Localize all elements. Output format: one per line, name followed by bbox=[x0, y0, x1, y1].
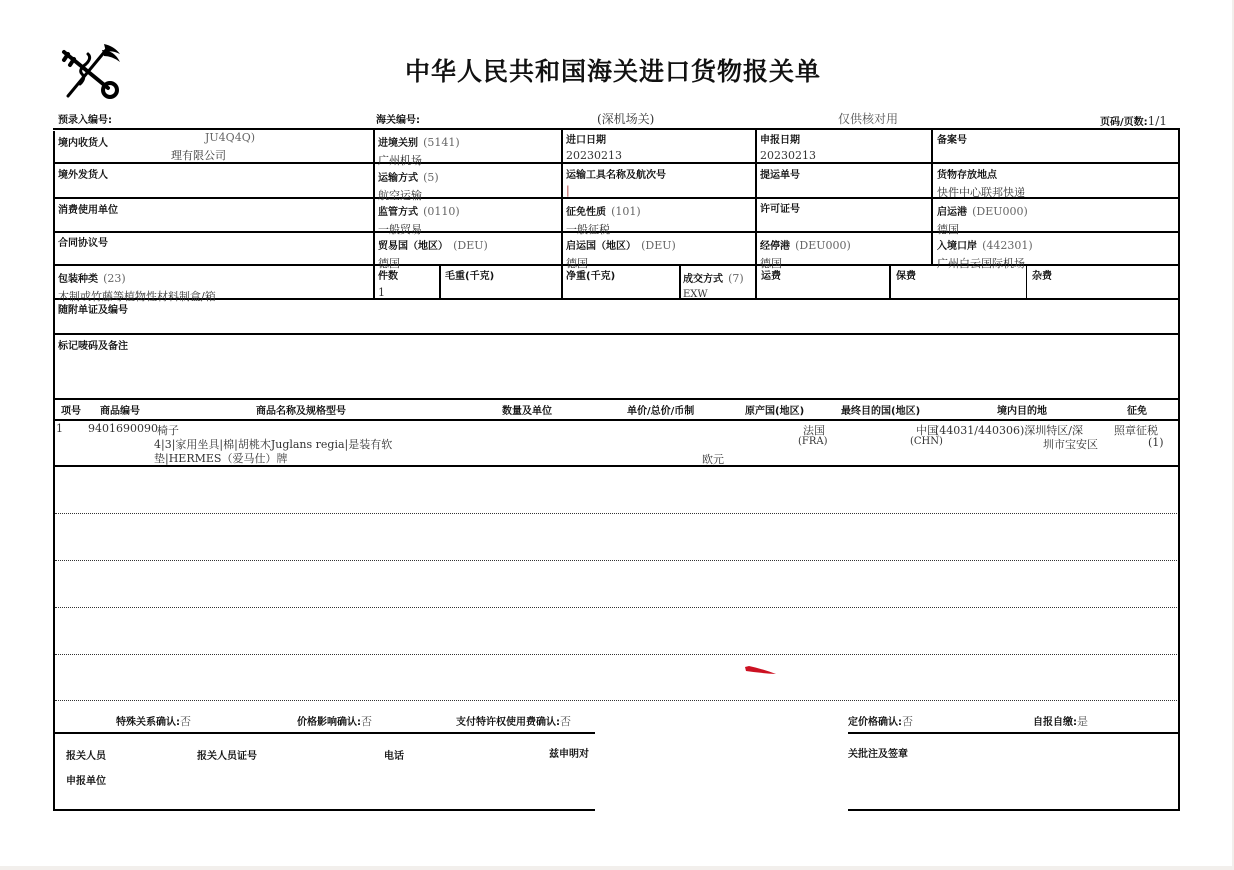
vehicle-label: 运输工具名称及航次号 bbox=[566, 166, 666, 181]
document-title: 中华人民共和国海关进口货物报关单 bbox=[405, 52, 821, 88]
item-no: 1 bbox=[56, 422, 63, 435]
verify-note: 仅供核对用 bbox=[838, 110, 898, 127]
entry-customs-code: (5141) bbox=[423, 136, 460, 149]
package-type-code: (23) bbox=[103, 272, 126, 285]
contract-no-label: 合同协议号 bbox=[58, 234, 108, 249]
levy-nature-cell: 征免性质 (101) 一般征税 bbox=[566, 200, 641, 237]
pieces-cell: 件数 1 bbox=[378, 267, 398, 299]
price-impact-label: 价格影响确认: bbox=[297, 717, 361, 728]
bill-no-cell: 提运单号 bbox=[760, 166, 800, 181]
entry-port-cell: 入境口岸 (442301) 广州白云国际机场 bbox=[937, 234, 1033, 271]
shipper-label: 境外发货人 bbox=[58, 166, 108, 181]
supervision-mode-label: 监管方式 bbox=[378, 207, 418, 218]
transaction-mode-code: (7) bbox=[728, 272, 744, 285]
departure-port-code: (DEU000) bbox=[972, 205, 1028, 218]
self-pay-label: 自报自缴: bbox=[1033, 717, 1077, 728]
special-relation-value: 否 bbox=[180, 715, 191, 728]
shipper-cell: 境外发货人 bbox=[58, 166, 108, 181]
storage-place-value: 快件中心联邦快递 bbox=[937, 184, 1025, 200]
declare-date-cell: 申报日期 20230213 bbox=[760, 131, 816, 162]
gross-weight-label: 毛重(千克) bbox=[445, 267, 494, 282]
origin-country-label: 启运国（地区） bbox=[566, 241, 636, 252]
trade-country-cell: 贸易国（地区） (DEU) 德国 bbox=[378, 234, 488, 271]
row-separator bbox=[55, 513, 1177, 514]
customs-approval-label: 关批注及签章 bbox=[848, 745, 908, 760]
row-separator bbox=[55, 607, 1177, 608]
preentry-no-label: 预录入编号: bbox=[58, 111, 112, 126]
departure-port-label: 启运港 bbox=[937, 207, 967, 218]
gross-weight-cell: 毛重(千克) bbox=[445, 267, 494, 282]
royalty-label: 支付特许权使用费确认: bbox=[456, 717, 560, 728]
freight-label: 运费 bbox=[761, 267, 781, 282]
customs-office: (深机场关) bbox=[597, 110, 654, 127]
supervision-mode-cell: 监管方式 (0110) 一般贸易 bbox=[378, 200, 460, 237]
import-date-label: 进口日期 bbox=[566, 131, 622, 146]
goods-spec-line2: 垫|HERMES（爱马仕）牌 bbox=[154, 450, 287, 466]
transit-port-code: (DEU000) bbox=[795, 239, 851, 252]
currency: 欧元 bbox=[702, 451, 724, 467]
hs-code: 9401690090 bbox=[88, 422, 158, 435]
vehicle-value: | bbox=[566, 184, 666, 197]
col-quantity-unit: 数量及单位 bbox=[502, 402, 552, 417]
origin-code: (FRA) bbox=[798, 436, 828, 447]
insurance-cell: 保费 bbox=[896, 267, 916, 282]
import-date-value: 20230213 bbox=[566, 149, 622, 162]
levy-nature-label: 征免性质 bbox=[566, 207, 606, 218]
row-separator bbox=[55, 560, 1177, 561]
self-pay-confirm: 自报自缴:是 bbox=[1033, 710, 1088, 729]
customs-no-label: 海关编号: bbox=[376, 111, 420, 126]
customs-emblem-icon bbox=[58, 40, 126, 102]
consignee-code: JU4Q4Q) bbox=[205, 131, 255, 144]
insurance-label: 保费 bbox=[896, 267, 916, 282]
misc-fee-label: 杂费 bbox=[1032, 267, 1052, 282]
transport-mode-cell: 运输方式 (5) 航空运输 bbox=[378, 166, 439, 203]
transaction-mode-label: 成交方式 bbox=[683, 274, 723, 285]
record-no-label: 备案号 bbox=[937, 131, 967, 146]
phone-label: 电话 bbox=[384, 747, 404, 762]
departure-port-cell: 启运港 (DEU000) 德国 bbox=[937, 200, 1028, 237]
consumer-unit-label: 消费使用单位 bbox=[58, 201, 118, 216]
row-separator bbox=[55, 654, 1177, 655]
entry-customs-cell: 进境关别 (5141) 广州机场 bbox=[378, 131, 460, 168]
entry-port-code: (442301) bbox=[982, 239, 1033, 252]
misc-fee-cell: 杂费 bbox=[1032, 267, 1052, 282]
col-name-spec: 商品名称及规格型号 bbox=[256, 402, 346, 417]
record-no-cell: 备案号 bbox=[937, 131, 967, 146]
domestic-dest-line2: 圳市宝安区 bbox=[1043, 436, 1098, 452]
transit-port-label: 经停港 bbox=[760, 241, 790, 252]
col-dest-country: 最终目的国(地区) bbox=[841, 402, 920, 417]
pieces-value: 1 bbox=[378, 286, 398, 299]
levy-nature-code: (101) bbox=[611, 205, 641, 218]
transit-port-cell: 经停港 (DEU000) 德国 bbox=[760, 234, 851, 271]
storage-place-label: 货物存放地点 bbox=[937, 166, 1025, 181]
package-type-cell: 包装种类 (23) 木制或竹藤等植物性材料制盒/箱 bbox=[58, 267, 216, 304]
bill-no-label: 提运单号 bbox=[760, 166, 800, 181]
attached-docs-label: 随附单证及编号 bbox=[58, 301, 128, 316]
vehicle-cell: 运输工具名称及航次号 | bbox=[566, 166, 666, 197]
consignee-value: 理有限公司 bbox=[171, 147, 226, 163]
contract-no-cell: 合同协议号 bbox=[58, 234, 108, 249]
special-relation-label: 特殊关系确认: bbox=[116, 717, 180, 728]
col-hs-code: 商品编号 bbox=[100, 402, 140, 417]
attached-docs-cell: 随附单证及编号 bbox=[58, 301, 128, 316]
col-price-currency: 单价/总价/币制 bbox=[627, 402, 694, 417]
consignee-label: 境内收货人 bbox=[58, 138, 108, 149]
royalty-value: 否 bbox=[560, 715, 571, 728]
royalty-confirm: 支付特许权使用费确认:否 bbox=[456, 710, 571, 729]
provisional-price-confirm: 定价格确认:否 bbox=[848, 710, 913, 729]
transport-mode-label: 运输方式 bbox=[378, 173, 418, 184]
declarant-cert-label: 报关人员证号 bbox=[197, 747, 257, 762]
customs-declaration-page: 中华人民共和国海关进口货物报关单 预录入编号: 海关编号: (深机场关) 仅供核… bbox=[0, 0, 1232, 866]
declare-unit-label: 申报单位 bbox=[66, 772, 106, 787]
declare-date-label: 申报日期 bbox=[760, 131, 816, 146]
entry-customs-label: 进境关别 bbox=[378, 138, 418, 149]
price-impact-value: 否 bbox=[361, 715, 372, 728]
trade-country-code: (DEU) bbox=[453, 239, 488, 252]
red-stamp-fragment bbox=[745, 661, 777, 671]
price-impact-confirm: 价格影响确认:否 bbox=[297, 710, 372, 729]
declarant-label: 报关人员 bbox=[66, 747, 106, 762]
provisional-price-value: 否 bbox=[902, 715, 913, 728]
entry-port-value: 广州白云国际机场 bbox=[937, 255, 1033, 271]
transaction-mode-cell: 成交方式 (7) EXW bbox=[683, 267, 744, 300]
special-relation-confirm: 特殊关系确认:否 bbox=[116, 710, 191, 729]
license-no-label: 许可证号 bbox=[760, 200, 800, 215]
license-no-cell: 许可证号 bbox=[760, 200, 800, 215]
levy-line2: (1) bbox=[1148, 436, 1164, 449]
page-number: 页码/页数:1/1 bbox=[1100, 110, 1167, 129]
declaration-statement: 兹申明对 bbox=[549, 745, 589, 760]
pieces-label: 件数 bbox=[378, 267, 398, 282]
redaction-mask bbox=[595, 701, 848, 814]
origin-country-cell: 启运国（地区） (DEU) 德国 bbox=[566, 234, 676, 271]
col-origin-country: 原产国(地区) bbox=[745, 402, 804, 417]
page-label: 页码/页数: bbox=[1100, 117, 1148, 128]
col-domestic-dest: 境内目的地 bbox=[997, 402, 1047, 417]
trade-country-label: 贸易国（地区） bbox=[378, 241, 448, 252]
entry-port-label: 入境口岸 bbox=[937, 241, 977, 252]
net-weight-label: 净重(千克) bbox=[566, 267, 615, 282]
origin-country-code: (DEU) bbox=[641, 239, 676, 252]
supervision-mode-code: (0110) bbox=[423, 205, 460, 218]
freight-cell: 运费 bbox=[761, 267, 781, 282]
storage-place-cell: 货物存放地点 快件中心联邦快递 bbox=[937, 166, 1025, 200]
table-row: 1 9401690090 椅子 4|3|家用坐具|棉|胡桃木Juglans re… bbox=[54, 420, 1178, 465]
transaction-mode-value: EXW bbox=[683, 289, 744, 300]
mask-fragment bbox=[52, 130, 58, 131]
page-value: 1/1 bbox=[1148, 114, 1167, 128]
transport-mode-code: (5) bbox=[423, 171, 439, 184]
marks-remarks-label: 标记唛码及备注 bbox=[58, 337, 128, 352]
import-date-cell: 进口日期 20230213 bbox=[566, 131, 622, 162]
package-type-label: 包装种类 bbox=[58, 274, 98, 285]
col-item-no: 项号 bbox=[61, 402, 81, 417]
declare-date-value: 20230213 bbox=[760, 149, 816, 162]
col-levy: 征免 bbox=[1127, 402, 1147, 417]
consignee-cell: 境内收货人 JU4Q4Q) 理有限公司 bbox=[58, 131, 108, 150]
consumer-unit-cell: 消费使用单位 bbox=[58, 201, 118, 216]
provisional-price-label: 定价格确认: bbox=[848, 717, 902, 728]
self-pay-value: 是 bbox=[1077, 715, 1088, 728]
net-weight-cell: 净重(千克) bbox=[566, 267, 615, 282]
marks-remarks-cell: 标记唛码及备注 bbox=[58, 337, 128, 352]
